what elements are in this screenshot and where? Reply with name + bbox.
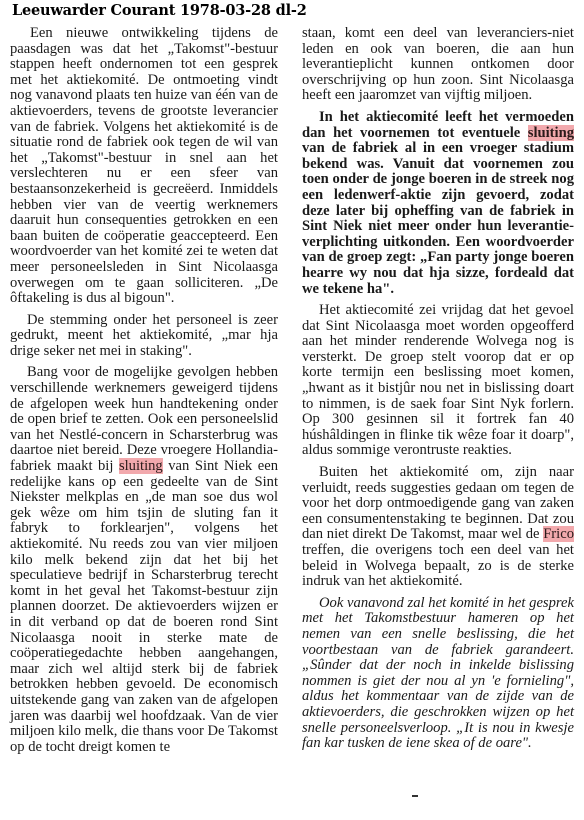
highlighted-term-frico: Frico [543, 526, 574, 542]
article-paragraph: Buiten het aktiekomité om, zijn naar ver… [302, 465, 574, 590]
article-paragraph: Een nieuwe ontwikkeling tijdens de paasd… [10, 26, 278, 307]
text-segment: treffen, die overigens toch een deel van… [302, 542, 574, 589]
highlighted-term-sluiting: sluiting [528, 125, 574, 141]
text-segment: van Sint Niek een redelijke kans op een … [10, 458, 278, 755]
article-paragraph-italic: Ook vanavond zal het komité in het gespr… [302, 596, 574, 752]
article-paragraph-bold: In het aktiecomité leeft het vermoeden d… [302, 110, 574, 297]
text-segment: van de fabriek al in een vroeger stadium… [302, 140, 574, 296]
article-paragraph: staan, komt een deel van leveranciers-ni… [302, 26, 574, 104]
text-segment: Buiten het aktiekomité om, zijn naar ver… [302, 464, 574, 542]
article-right-column: staan, komt een deel van leveranciers-ni… [302, 4, 574, 758]
highlighted-term-sluiting: sluiting [119, 458, 163, 474]
article-paragraph: De stemming onder het personeel is zeer … [10, 313, 278, 360]
page-title: Leeuwarder Courant 1978-03-28 dl-2 [12, 2, 307, 19]
end-of-article-mark [412, 795, 418, 797]
article-paragraph: Bang voor de mogelijke gevolgen hebben v… [10, 365, 278, 755]
article-left-column: Een nieuwe ontwikkeling tijdens de paasd… [10, 26, 278, 761]
article-paragraph: Het aktiecomité zei vrijdag dat het gevo… [302, 303, 574, 459]
column-top-spacer [302, 4, 574, 26]
